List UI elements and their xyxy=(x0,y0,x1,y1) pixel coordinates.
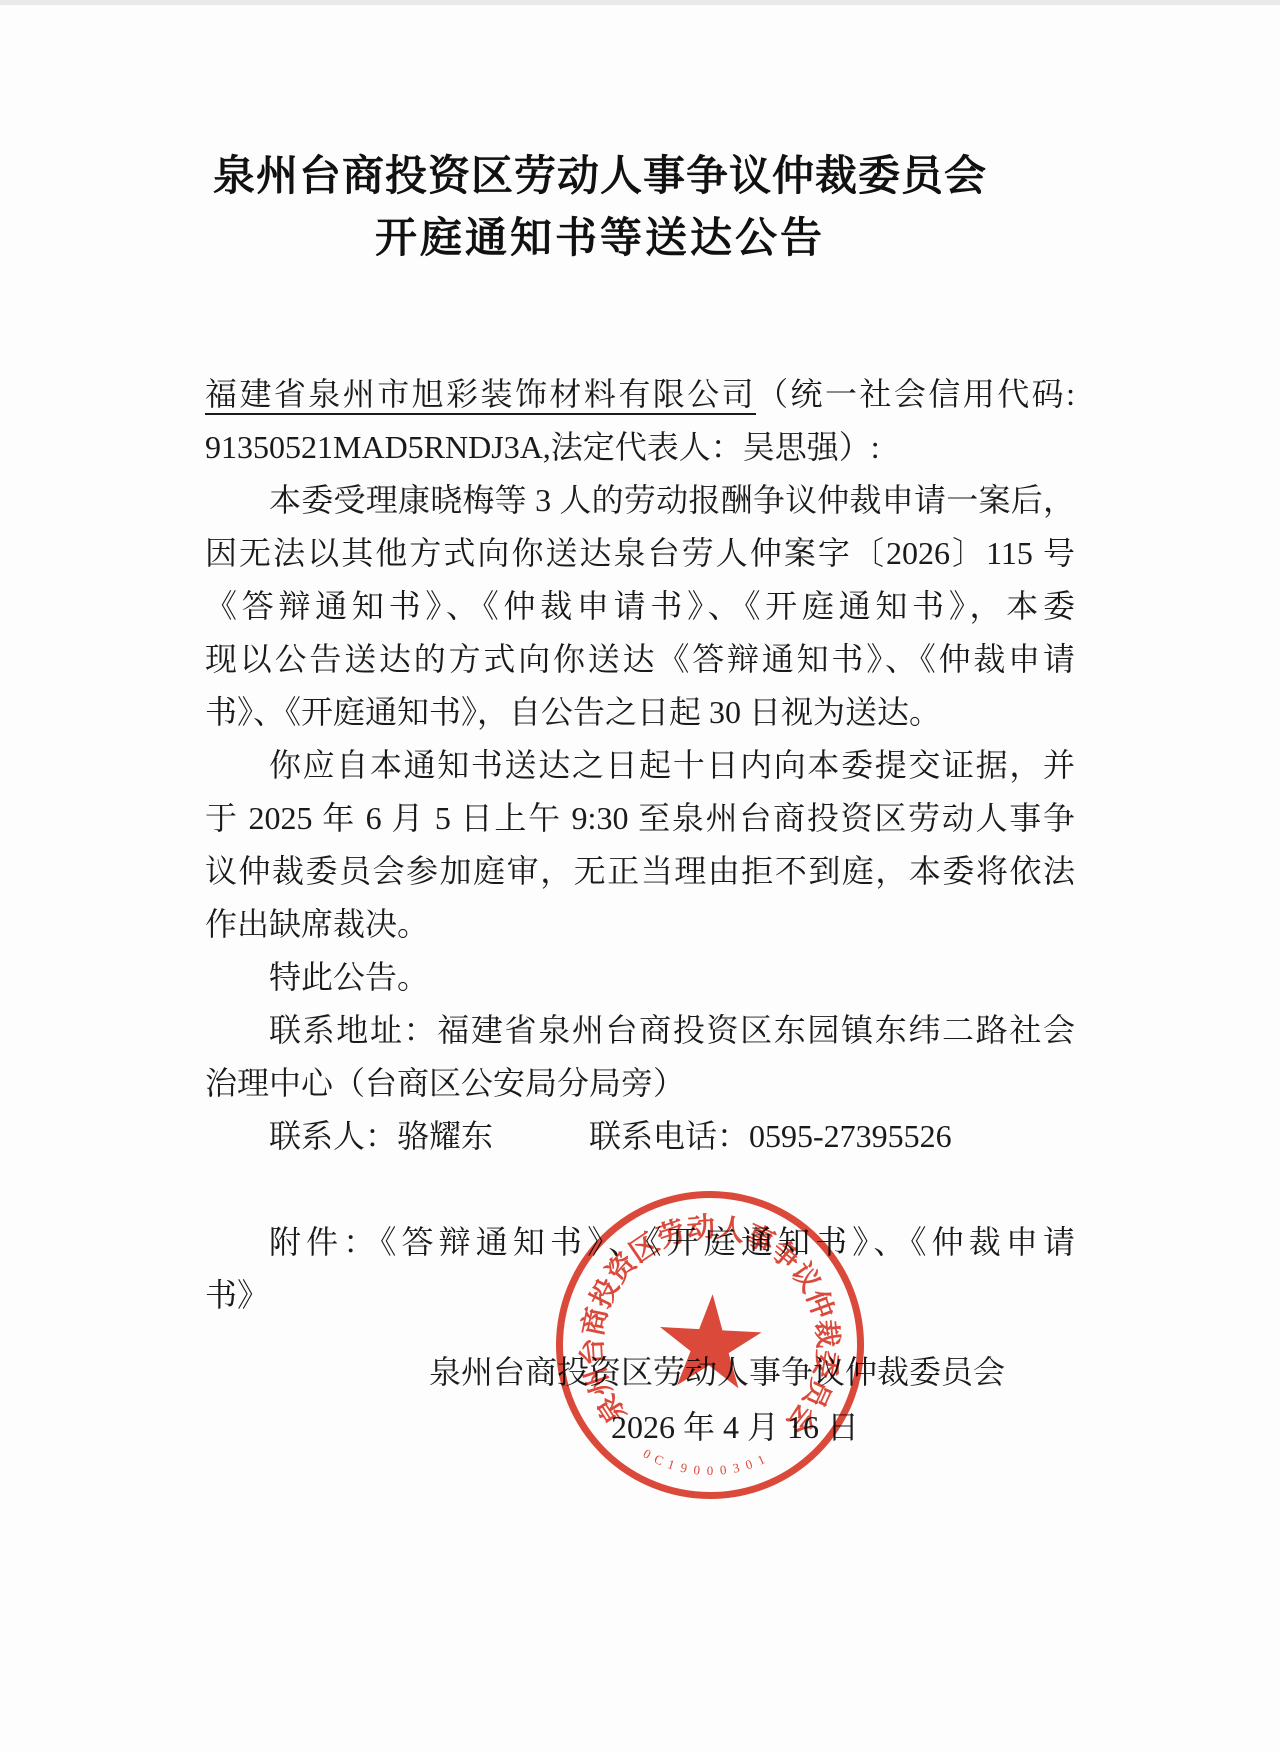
document-line: 联系地址：福建省泉州台商投资区东园镇东纬二路社会 xyxy=(205,1004,1075,1057)
title-line-1: 泉州台商投资区劳动人事争议仲裁委员会 xyxy=(165,146,1035,208)
document-line: 《答辩通知书》、《仲裁申请书》、《开庭通知书》，本委 xyxy=(205,580,1075,633)
document-line: 本委受理康晓梅等 3 人的劳动报酬争议仲裁申请一案后， xyxy=(205,474,1075,527)
document-line: 91350521MAD5RNDJ3A,法定代表人：吴思强）: xyxy=(205,421,1075,474)
document-line: 因无法以其他方式向你送达泉台劳人仲案字〔2026〕115 号 xyxy=(205,527,1075,580)
document-line: 联系人：骆耀东 联系电话：0595-27395526 xyxy=(205,1110,1075,1163)
document-line: 现以公告送达的方式向你送达《答辩通知书》、《仲裁申请 xyxy=(205,633,1075,686)
document-line: 书》 xyxy=(205,1269,1075,1322)
document-title: 泉州台商投资区劳动人事争议仲裁委员会 开庭通知书等送达公告 xyxy=(165,146,1035,270)
footer-organization: 泉州台商投资区劳动人事争议仲裁委员会 xyxy=(205,1346,1075,1399)
footer-date: 2026 年 4 月 16 日 xyxy=(300,1399,1170,1455)
document-line: 治理中心（台商区公安局分局旁） xyxy=(205,1057,1075,1110)
document-line: 议仲裁委员会参加庭审，无正当理由拒不到庭，本委将依法 xyxy=(205,845,1075,898)
document-line: 特此公告。 xyxy=(205,951,1075,1004)
document-line xyxy=(205,1163,1075,1216)
notice-page: 泉州台商投资区劳动人事争议仲裁委员会 开庭通知书等送达公告 福建省泉州市旭彩装饰… xyxy=(0,0,1280,1752)
document-line: 作出缺席裁决。 xyxy=(205,898,1075,951)
title-line-2: 开庭通知书等送达公告 xyxy=(165,208,1035,270)
document-line: 福建省泉州市旭彩装饰材料有限公司（统一社会信用代码: xyxy=(205,368,1075,421)
document-line: 书》、《开庭通知书》，自公告之日起 30 日视为送达。 xyxy=(205,686,1075,739)
document-line: 你应自本通知书送达之日起十日内向本委提交证据，并 xyxy=(205,739,1075,792)
document-line: 附件：《答辩通知书》、《开庭通知书》、《仲裁申请 xyxy=(205,1216,1075,1269)
document-body: 福建省泉州市旭彩装饰材料有限公司（统一社会信用代码:91350521MAD5RN… xyxy=(205,368,1075,1322)
document-content: 泉州台商投资区劳动人事争议仲裁委员会 开庭通知书等送达公告 福建省泉州市旭彩装饰… xyxy=(205,0,1075,1455)
document-line: 于 2025 年 6 月 5 日上午 9:30 至泉州台商投资区劳动人事争 xyxy=(205,792,1075,845)
